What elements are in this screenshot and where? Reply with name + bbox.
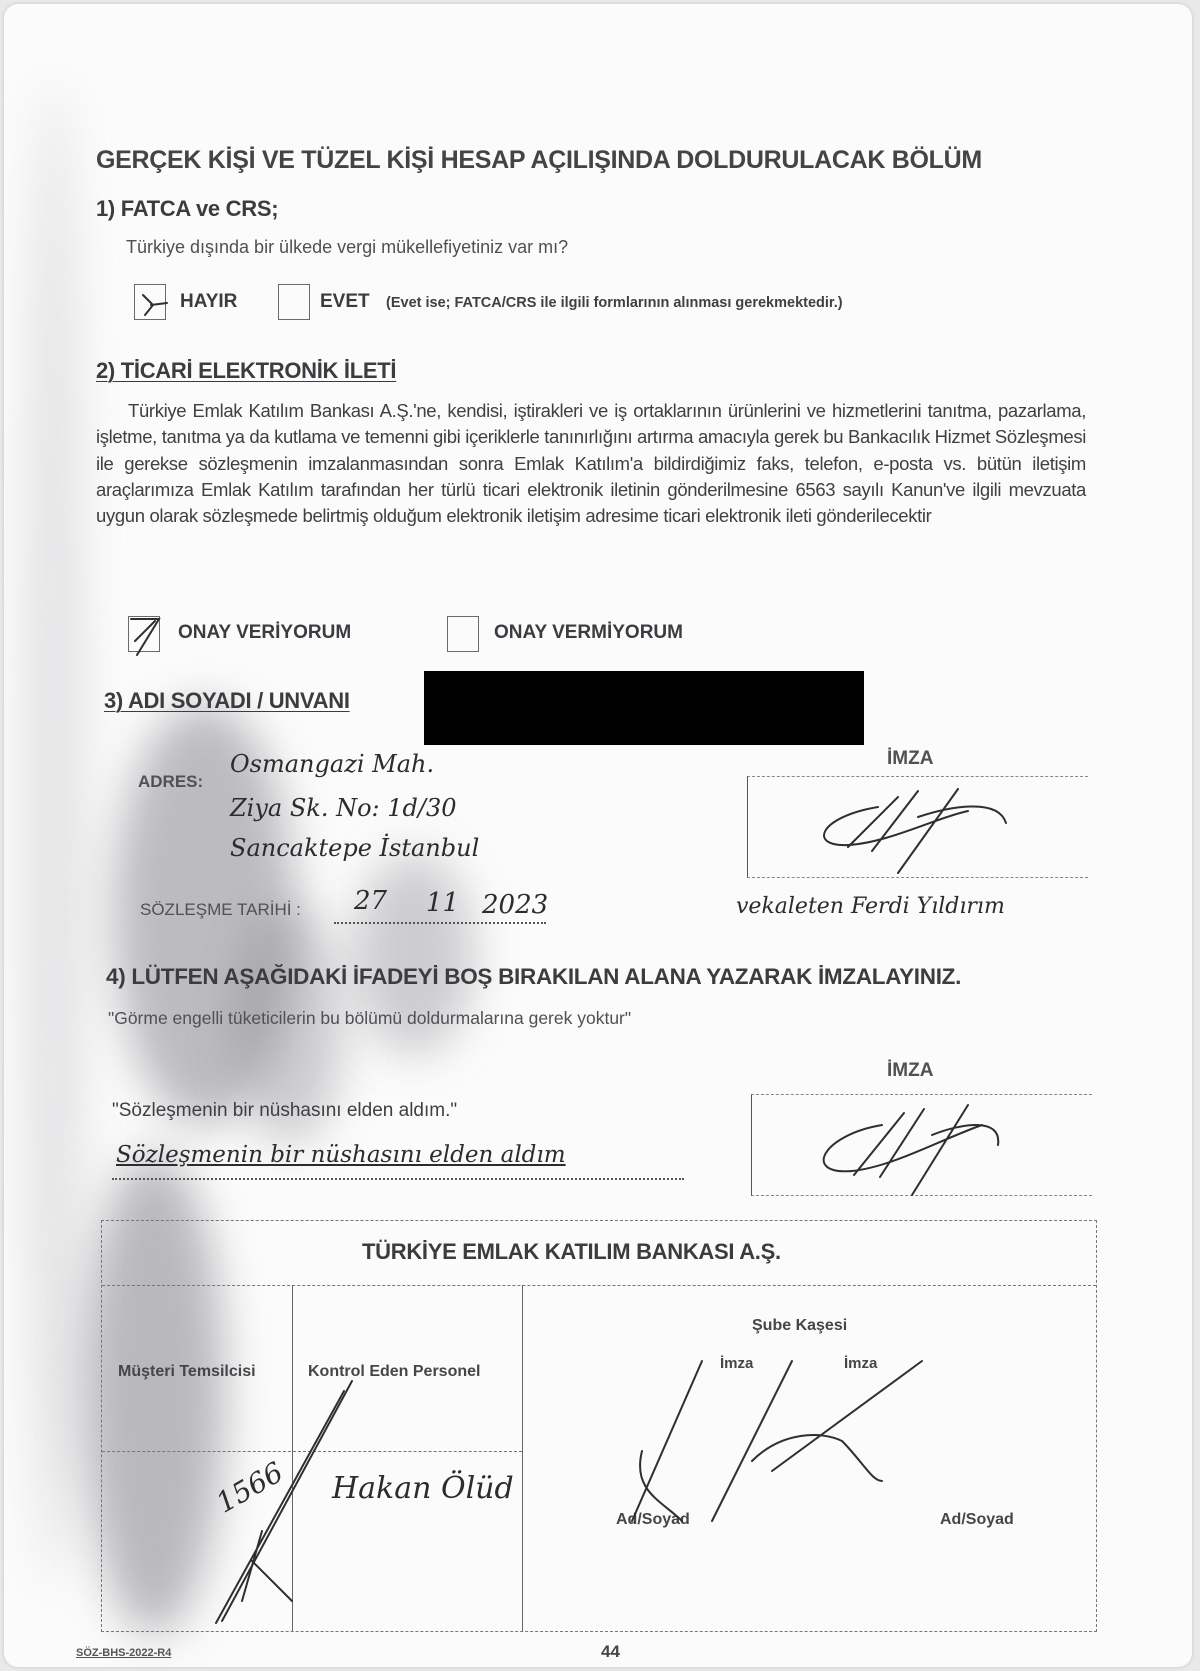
branch-stamp: ​: [648, 1431, 818, 1444]
page-number: 44: [601, 1642, 620, 1662]
evet-checkbox[interactable]: [278, 284, 310, 320]
proxy-note: vekaleten Ferdi Yıldırım: [736, 894, 1005, 919]
onay-veriyorum-label: ONAY VERİYORUM: [178, 622, 351, 644]
section4-title: 4) LÜTFEN AŞAĞIDAKİ İFADEYİ BOŞ BIRAKILA…: [106, 964, 961, 990]
section4-subnote: "Görme engelli tüketicilerin bu bölümü d…: [108, 1008, 631, 1029]
address-line-1: Osmangazi Mah.: [230, 750, 434, 778]
check-mark-icon: [137, 289, 167, 319]
bank-signature-table: TÜRKİYE EMLAK KATILIM BANKASI A.Ş. Müşte…: [101, 1220, 1097, 1632]
date-day: 27: [354, 886, 387, 916]
signature-box-1[interactable]: [747, 776, 1088, 878]
onay-vermiyorum-checkbox[interactable]: [447, 616, 479, 652]
contract-date-label: SÖZLEŞME TARİHİ :: [140, 900, 301, 920]
main-heading: GERÇEK KİŞİ VE TÜZEL KİŞİ HESAP AÇILIŞIN…: [96, 146, 982, 175]
signature-label-1: İMZA: [887, 748, 933, 770]
address-line-3: Sancaktepe İstanbul: [230, 834, 479, 862]
handwritten-statement: Sözleşmenin bir nüshasını elden aldım: [116, 1142, 566, 1168]
document-page: GERÇEK KİŞİ VE TÜZEL KİŞİ HESAP AÇILIŞIN…: [4, 4, 1192, 1667]
bank-name: TÜRKİYE EMLAK KATILIM BANKASI A.Ş.: [362, 1239, 781, 1265]
signature-icon: [788, 777, 1048, 877]
onay-veriyorum-checkbox[interactable]: [128, 616, 160, 652]
hayir-label: HAYIR: [180, 291, 237, 313]
onay-vermiyorum-label: ONAY VERMİYORUM: [494, 622, 683, 644]
handwritten-statement-field[interactable]: Sözleşmenin bir nüshasını elden aldım: [112, 1142, 684, 1180]
section2-title: 2) TİCARİ ELEKTRONİK İLETİ: [96, 358, 396, 384]
redacted-name: [424, 671, 864, 745]
form-code: SÖZ-BHS-2022-R4: [76, 1647, 171, 1659]
signature-box-2[interactable]: [751, 1094, 1092, 1196]
check-mark-icon: [125, 611, 165, 657]
date-year: 2023: [482, 890, 548, 920]
contract-date-field[interactable]: 27 11 2023: [334, 892, 546, 924]
fatca-note: (Evet ise; FATCA/CRS ile ilgili formları…: [386, 295, 843, 311]
date-month: 11: [426, 888, 459, 918]
hayir-checkbox[interactable]: [134, 284, 166, 320]
commercial-message-paragraph: Türkiye Emlak Katılım Bankası A.Ş.'ne, k…: [96, 398, 1086, 529]
receipt-statement: "Sözleşmenin bir nüshasını elden aldım.": [112, 1100, 457, 1122]
evet-label: EVET: [320, 291, 370, 313]
signature-icon: [202, 1361, 362, 1631]
address-label: ADRES:: [138, 772, 203, 792]
section3-title: 3) ADI SOYADI / UNVANI: [104, 688, 350, 714]
section1-title: 1) FATCA ve CRS;: [96, 196, 278, 222]
branch-stamp-label: Şube Kaşesi: [752, 1317, 847, 1335]
signature-icon: [792, 1095, 1052, 1195]
signature-label-2: İMZA: [887, 1060, 933, 1082]
address-line-2: Ziya Sk. No: 1d/30: [230, 794, 457, 822]
fatca-question: Türkiye dışında bir ülkede vergi mükelle…: [126, 237, 568, 258]
